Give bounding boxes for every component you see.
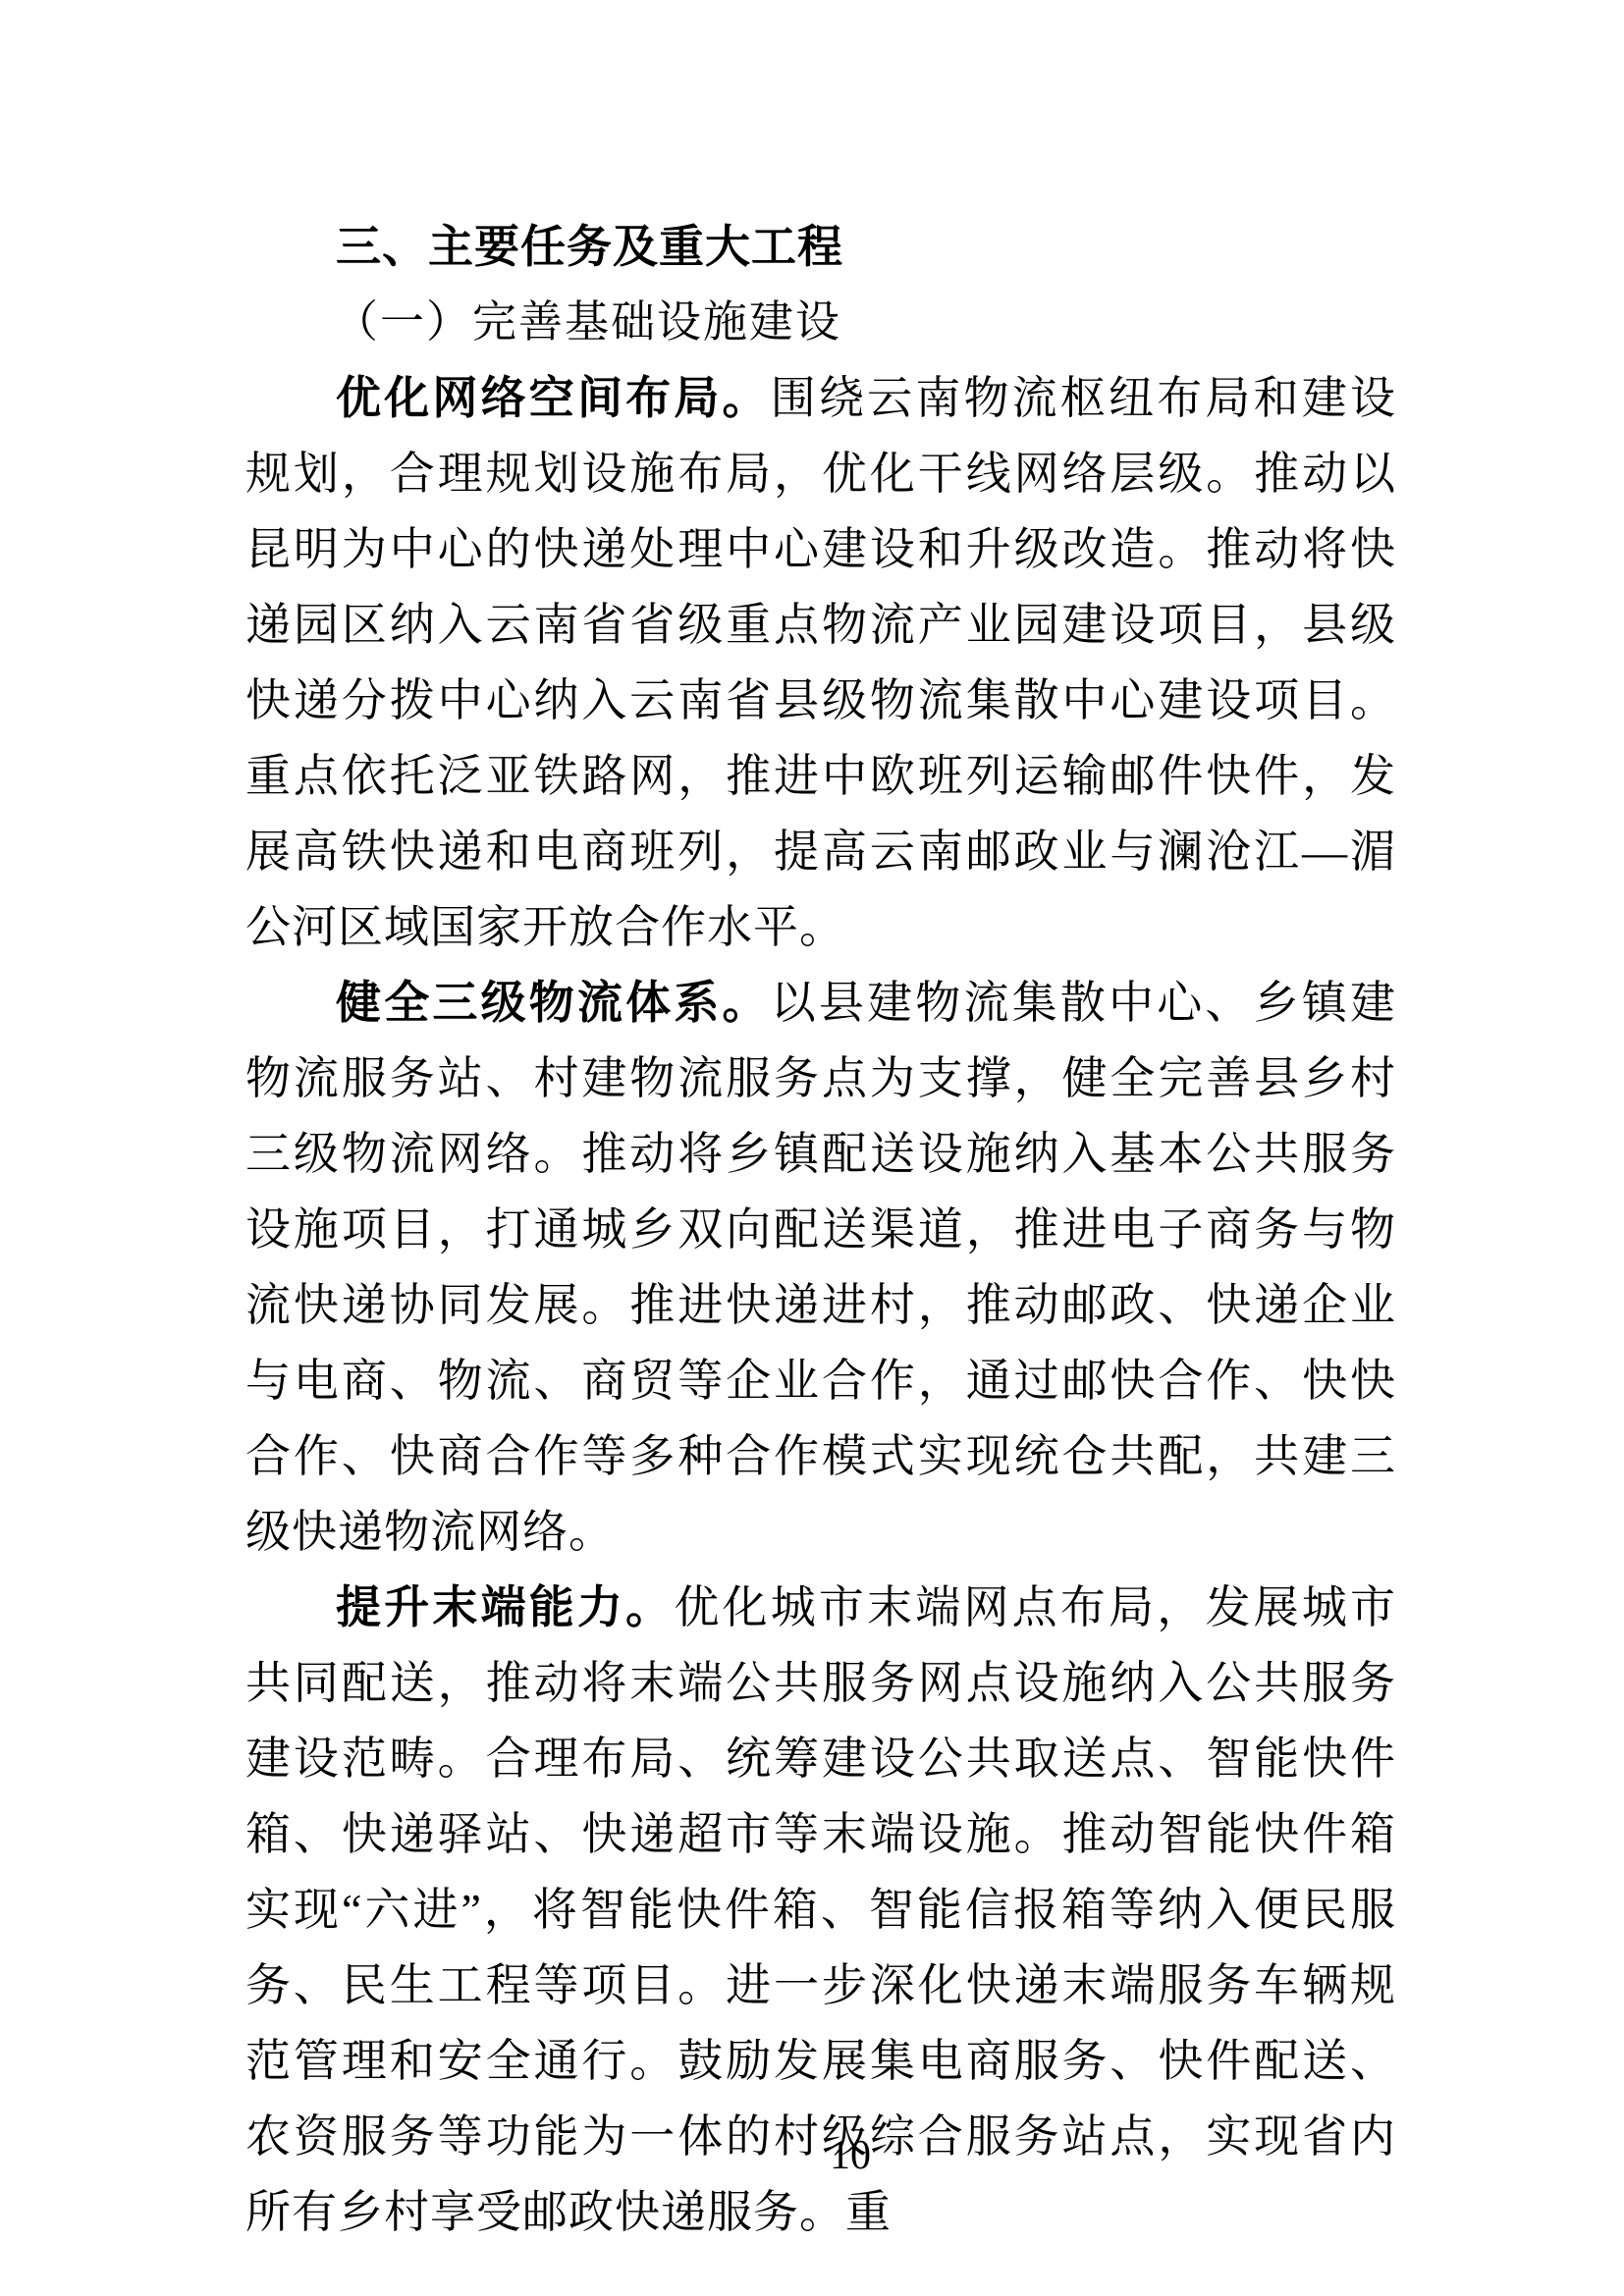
document-body: 三、主要任务及重大工程 （一）完善基础设施建设 优化网络空间布局。围绕云南物流枢… [245, 209, 1396, 2250]
paragraph-lead: 优化网络空间布局。 [336, 372, 771, 423]
paragraph: 健全三级物流体系。以县建物流集散中心、乡镇建物流服务站、村建物流服务点为支撑，健… [245, 965, 1396, 1570]
paragraph-lead: 健全三级物流体系。 [336, 977, 771, 1028]
document-page: 三、主要任务及重大工程 （一）完善基础设施建设 优化网络空间布局。围绕云南物流枢… [0, 0, 1624, 2296]
paragraph: 优化网络空间布局。围绕云南物流枢纽布局和建设规划，合理规划设施布局，优化干线网络… [245, 360, 1396, 965]
paragraph-body: 围绕云南物流枢纽布局和建设规划，合理规划设施布局，优化干线网络层级。推动以昆明为… [245, 373, 1396, 952]
paragraph-body: 以县建物流集散中心、乡镇建物流服务站、村建物流服务点为支撑，健全完善县乡村三级物… [245, 978, 1396, 1557]
subsection-heading: （一）完善基础设施建设 [245, 285, 1396, 360]
paragraph-lead: 提升末端能力。 [336, 1581, 674, 1632]
section-heading: 三、主要任务及重大工程 [245, 209, 1396, 285]
page-number: 10 [0, 2132, 1624, 2179]
